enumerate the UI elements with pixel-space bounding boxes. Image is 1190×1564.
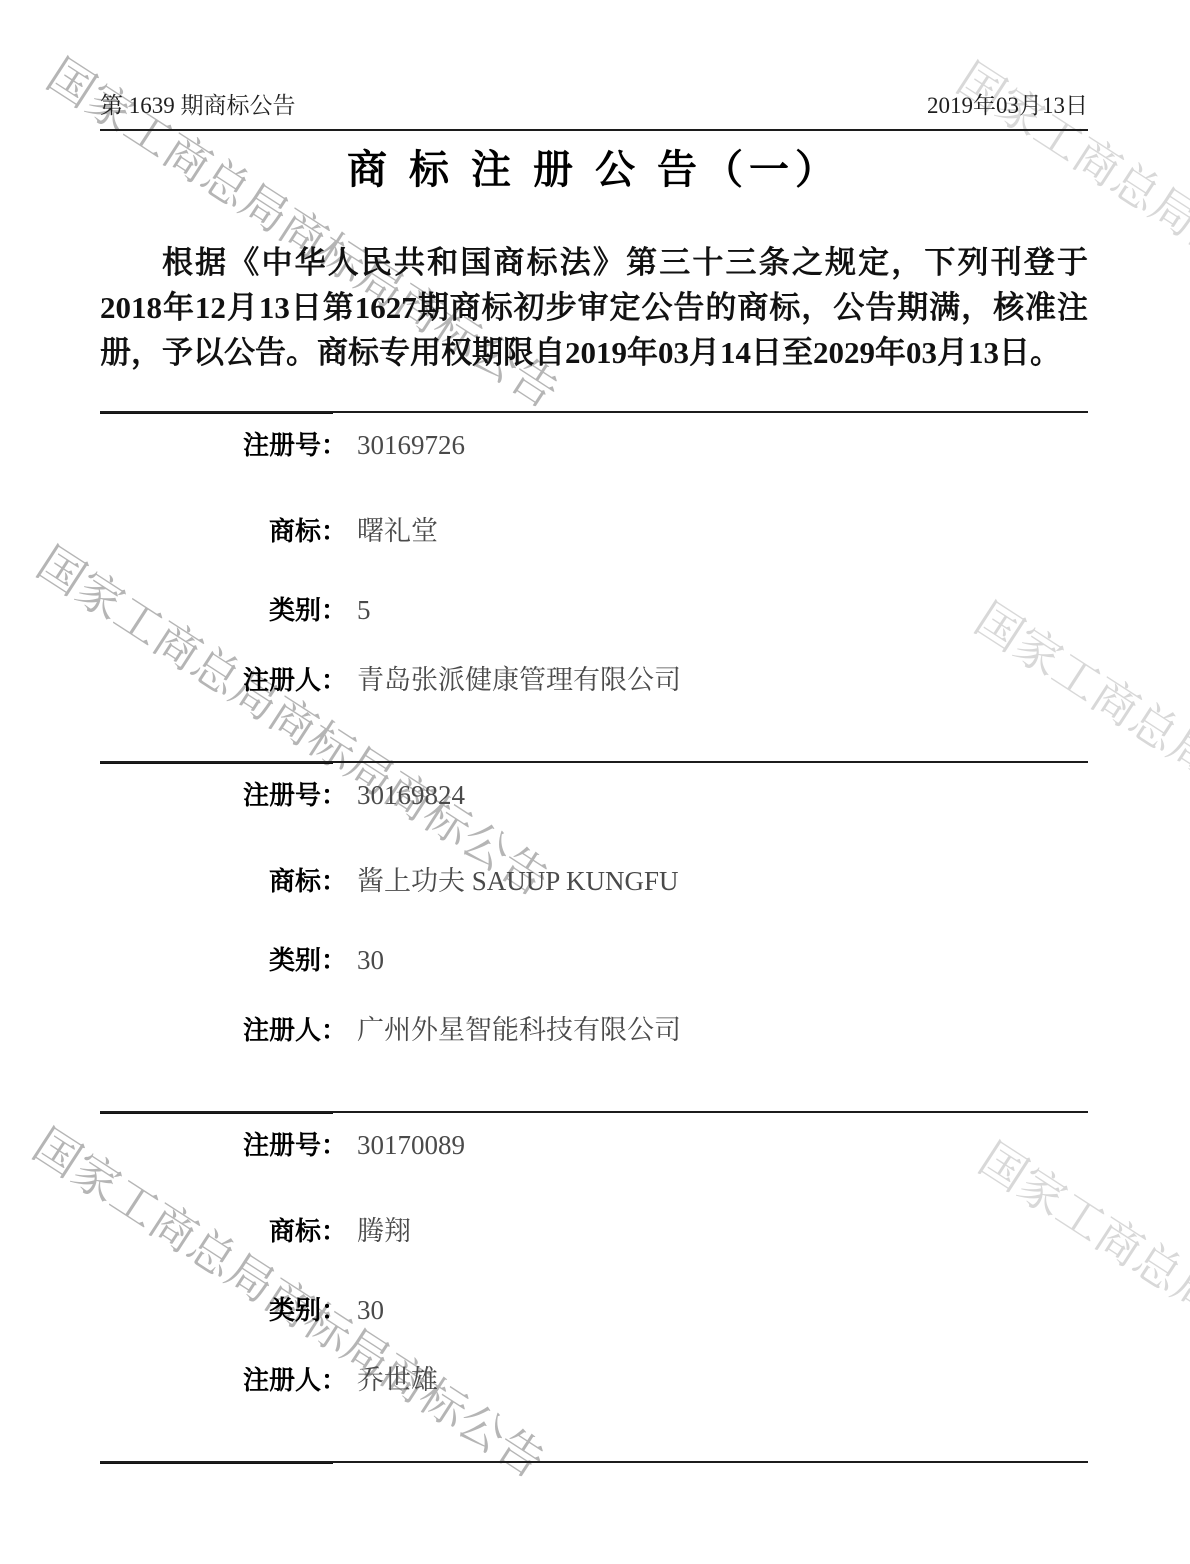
field-row-registrant: 注册人： 青岛张派健康管理有限公司	[100, 663, 1088, 697]
header-divider	[100, 129, 1088, 132]
field-value-registrant: 乔世雄	[357, 1363, 438, 1397]
bottom-divider	[100, 1461, 1088, 1464]
field-value-reg-no: 30169726	[357, 428, 465, 462]
page-date: 2019年03月13日	[927, 92, 1088, 120]
field-row-registrant: 注册人： 广州外星智能科技有限公司	[100, 1013, 1088, 1047]
field-row-trademark: 商标： 曙礼堂	[100, 514, 1088, 548]
trademark-entry: 注册号： 30169824 商标： 酱上功夫 SAUUP KUNGFU 类别： …	[100, 764, 1088, 1111]
entry-divider	[100, 1111, 1088, 1114]
spacer	[100, 375, 1088, 411]
document-page: 国家工商总局商标局商标公告 国家工商总局商标局商标公告 国家工商总局商标局商标公…	[0, 0, 1190, 1564]
field-label-class: 类别：	[100, 593, 347, 627]
field-value-trademark: 腾翔	[357, 1214, 411, 1248]
issue-label: 第 1639 期商标公告	[100, 92, 296, 120]
field-value-trademark: 酱上功夫 SAUUP KUNGFU	[357, 864, 679, 898]
trademark-entry: 注册号： 30169726 商标： 曙礼堂 类别： 5 注册人： 青岛张派健康管…	[100, 414, 1088, 761]
field-label-registrant: 注册人：	[100, 1363, 347, 1397]
field-label-trademark: 商标：	[100, 514, 347, 548]
content-column: 第 1639 期商标公告 2019年03月13日 商 标 注 册 公 告（一） …	[100, 0, 1088, 1464]
field-value-class: 30	[357, 943, 384, 977]
field-label-trademark: 商标：	[100, 1214, 347, 1248]
field-value-registrant: 广州外星智能科技有限公司	[357, 1013, 681, 1047]
entry-divider	[100, 411, 1088, 414]
field-row-registrant: 注册人： 乔世雄	[100, 1363, 1088, 1397]
field-value-trademark: 曙礼堂	[357, 514, 438, 548]
field-value-class: 30	[357, 1293, 384, 1327]
page-title: 商 标 注 册 公 告（一）	[100, 144, 1088, 196]
field-value-reg-no: 30170089	[357, 1128, 465, 1162]
field-row-trademark: 商标： 腾翔	[100, 1214, 1088, 1248]
field-label-reg-no: 注册号：	[100, 1128, 347, 1162]
field-value-class: 5	[357, 593, 371, 627]
field-label-reg-no: 注册号：	[100, 778, 347, 812]
field-label-registrant: 注册人：	[100, 1013, 347, 1047]
field-label-class: 类别：	[100, 943, 347, 977]
field-label-registrant: 注册人：	[100, 663, 347, 697]
field-row-reg-no: 注册号： 30170089	[100, 1128, 1088, 1162]
intro-paragraph: 根据《中华人民共和国商标法》第三十三条之规定，下列刊登于2018年12月13日第…	[100, 240, 1088, 375]
field-label-trademark: 商标：	[100, 864, 347, 898]
field-value-reg-no: 30169824	[357, 778, 465, 812]
field-row-class: 类别： 5	[100, 593, 1088, 627]
trademark-entry: 注册号： 30170089 商标： 腾翔 类别： 30 注册人： 乔世雄	[100, 1114, 1088, 1461]
field-row-class: 类别： 30	[100, 1293, 1088, 1327]
entry-divider	[100, 761, 1088, 764]
field-row-class: 类别： 30	[100, 943, 1088, 977]
field-row-trademark: 商标： 酱上功夫 SAUUP KUNGFU	[100, 864, 1088, 898]
page-header: 第 1639 期商标公告 2019年03月13日	[100, 92, 1088, 120]
field-value-registrant: 青岛张派健康管理有限公司	[357, 663, 681, 697]
field-label-class: 类别：	[100, 1293, 347, 1327]
field-row-reg-no: 注册号： 30169726	[100, 428, 1088, 462]
field-row-reg-no: 注册号： 30169824	[100, 778, 1088, 812]
field-label-reg-no: 注册号：	[100, 428, 347, 462]
